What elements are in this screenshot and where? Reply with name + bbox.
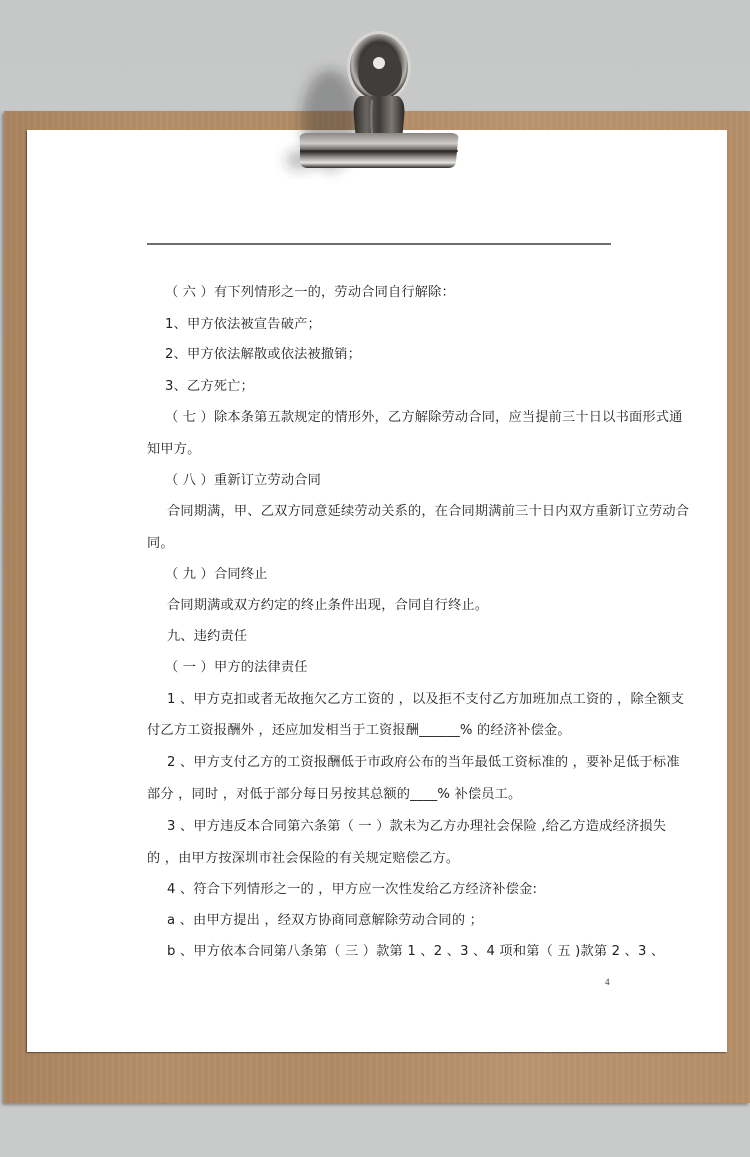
liability-item-3-line-1: 3 、甲方违反本合同第六条第（ 一 ）款未为乙方办理社会保险 ,给乙方造成经济损…: [167, 819, 666, 835]
clause-seven-line-1: （ 七 ）除本条第五款规定的情形外，乙方解除劳动合同，应当提前三十日以书面形式通: [165, 410, 683, 426]
clause-eight-body-line-1: 合同期满，甲、乙双方同意延续劳动关系的，在合同期满前三十日内双方重新订立劳动合: [167, 504, 689, 520]
liability-item-4b: b 、甲方依本合同第八条第（ 三 ）款第 1 、2 、3 、4 项和第（ 五 )…: [167, 944, 664, 960]
clause-eight-body-line-2: 同。: [147, 536, 174, 552]
clause-seven-line-2: 知甲方。: [147, 442, 201, 458]
clause-six-heading: （ 六 ）有下列情形之一的，劳动合同自行解除：: [165, 285, 455, 301]
liability-item-1-line-1: 1 、甲方克扣或者无故拖欠乙方工资的 ，以及拒不支付乙方加班加点工资的 ，除全额…: [167, 692, 684, 708]
liability-item-4: 4 、符合下列情形之一的 ，甲方应一次性发给乙方经济补偿金:: [167, 882, 537, 898]
clause-nine-body: 合同期满或双方约定的终止条件出现，合同自行终止。: [167, 598, 488, 614]
page-number: 4: [605, 977, 610, 987]
liability-item-1-line-2: 付乙方工资报酬外 ，还应加发相当于工资报酬______% 的经济补偿金。: [147, 723, 571, 739]
liability-item-4a: a 、由甲方提出 ，经双方协商同意解除劳动合同的 ；: [167, 913, 483, 929]
header-rule: [147, 243, 611, 245]
party-a-liability-heading: （ 一 ）甲方的法律责任: [165, 660, 308, 676]
clause-nine-heading: （ 九 ）合同终止: [165, 567, 268, 583]
liability-item-3-line-2: 的 ，由甲方按深圳市社会保险的有关规定赔偿乙方。: [147, 851, 459, 867]
liability-item-2-line-1: 2 、甲方支付乙方的工资报酬低于市政府公布的当年最低工资标准的 ，要补足低于标准: [167, 755, 680, 771]
liability-item-2-line-2: 部分 ，同时 ，对低于部分每日另按其总额的____% 补偿员工。: [147, 787, 521, 803]
clause-six-item-3: 3、乙方死亡；: [165, 379, 254, 395]
clause-six-item-2: 2、甲方依法解散或依法被撤销；: [165, 347, 361, 363]
clause-six-item-1: 1、甲方依法被宣告破产；: [165, 317, 321, 333]
clause-eight-heading: （ 八 ）重新订立劳动合同: [165, 473, 321, 489]
section-nine-heading: 九、违约责任: [167, 629, 247, 645]
